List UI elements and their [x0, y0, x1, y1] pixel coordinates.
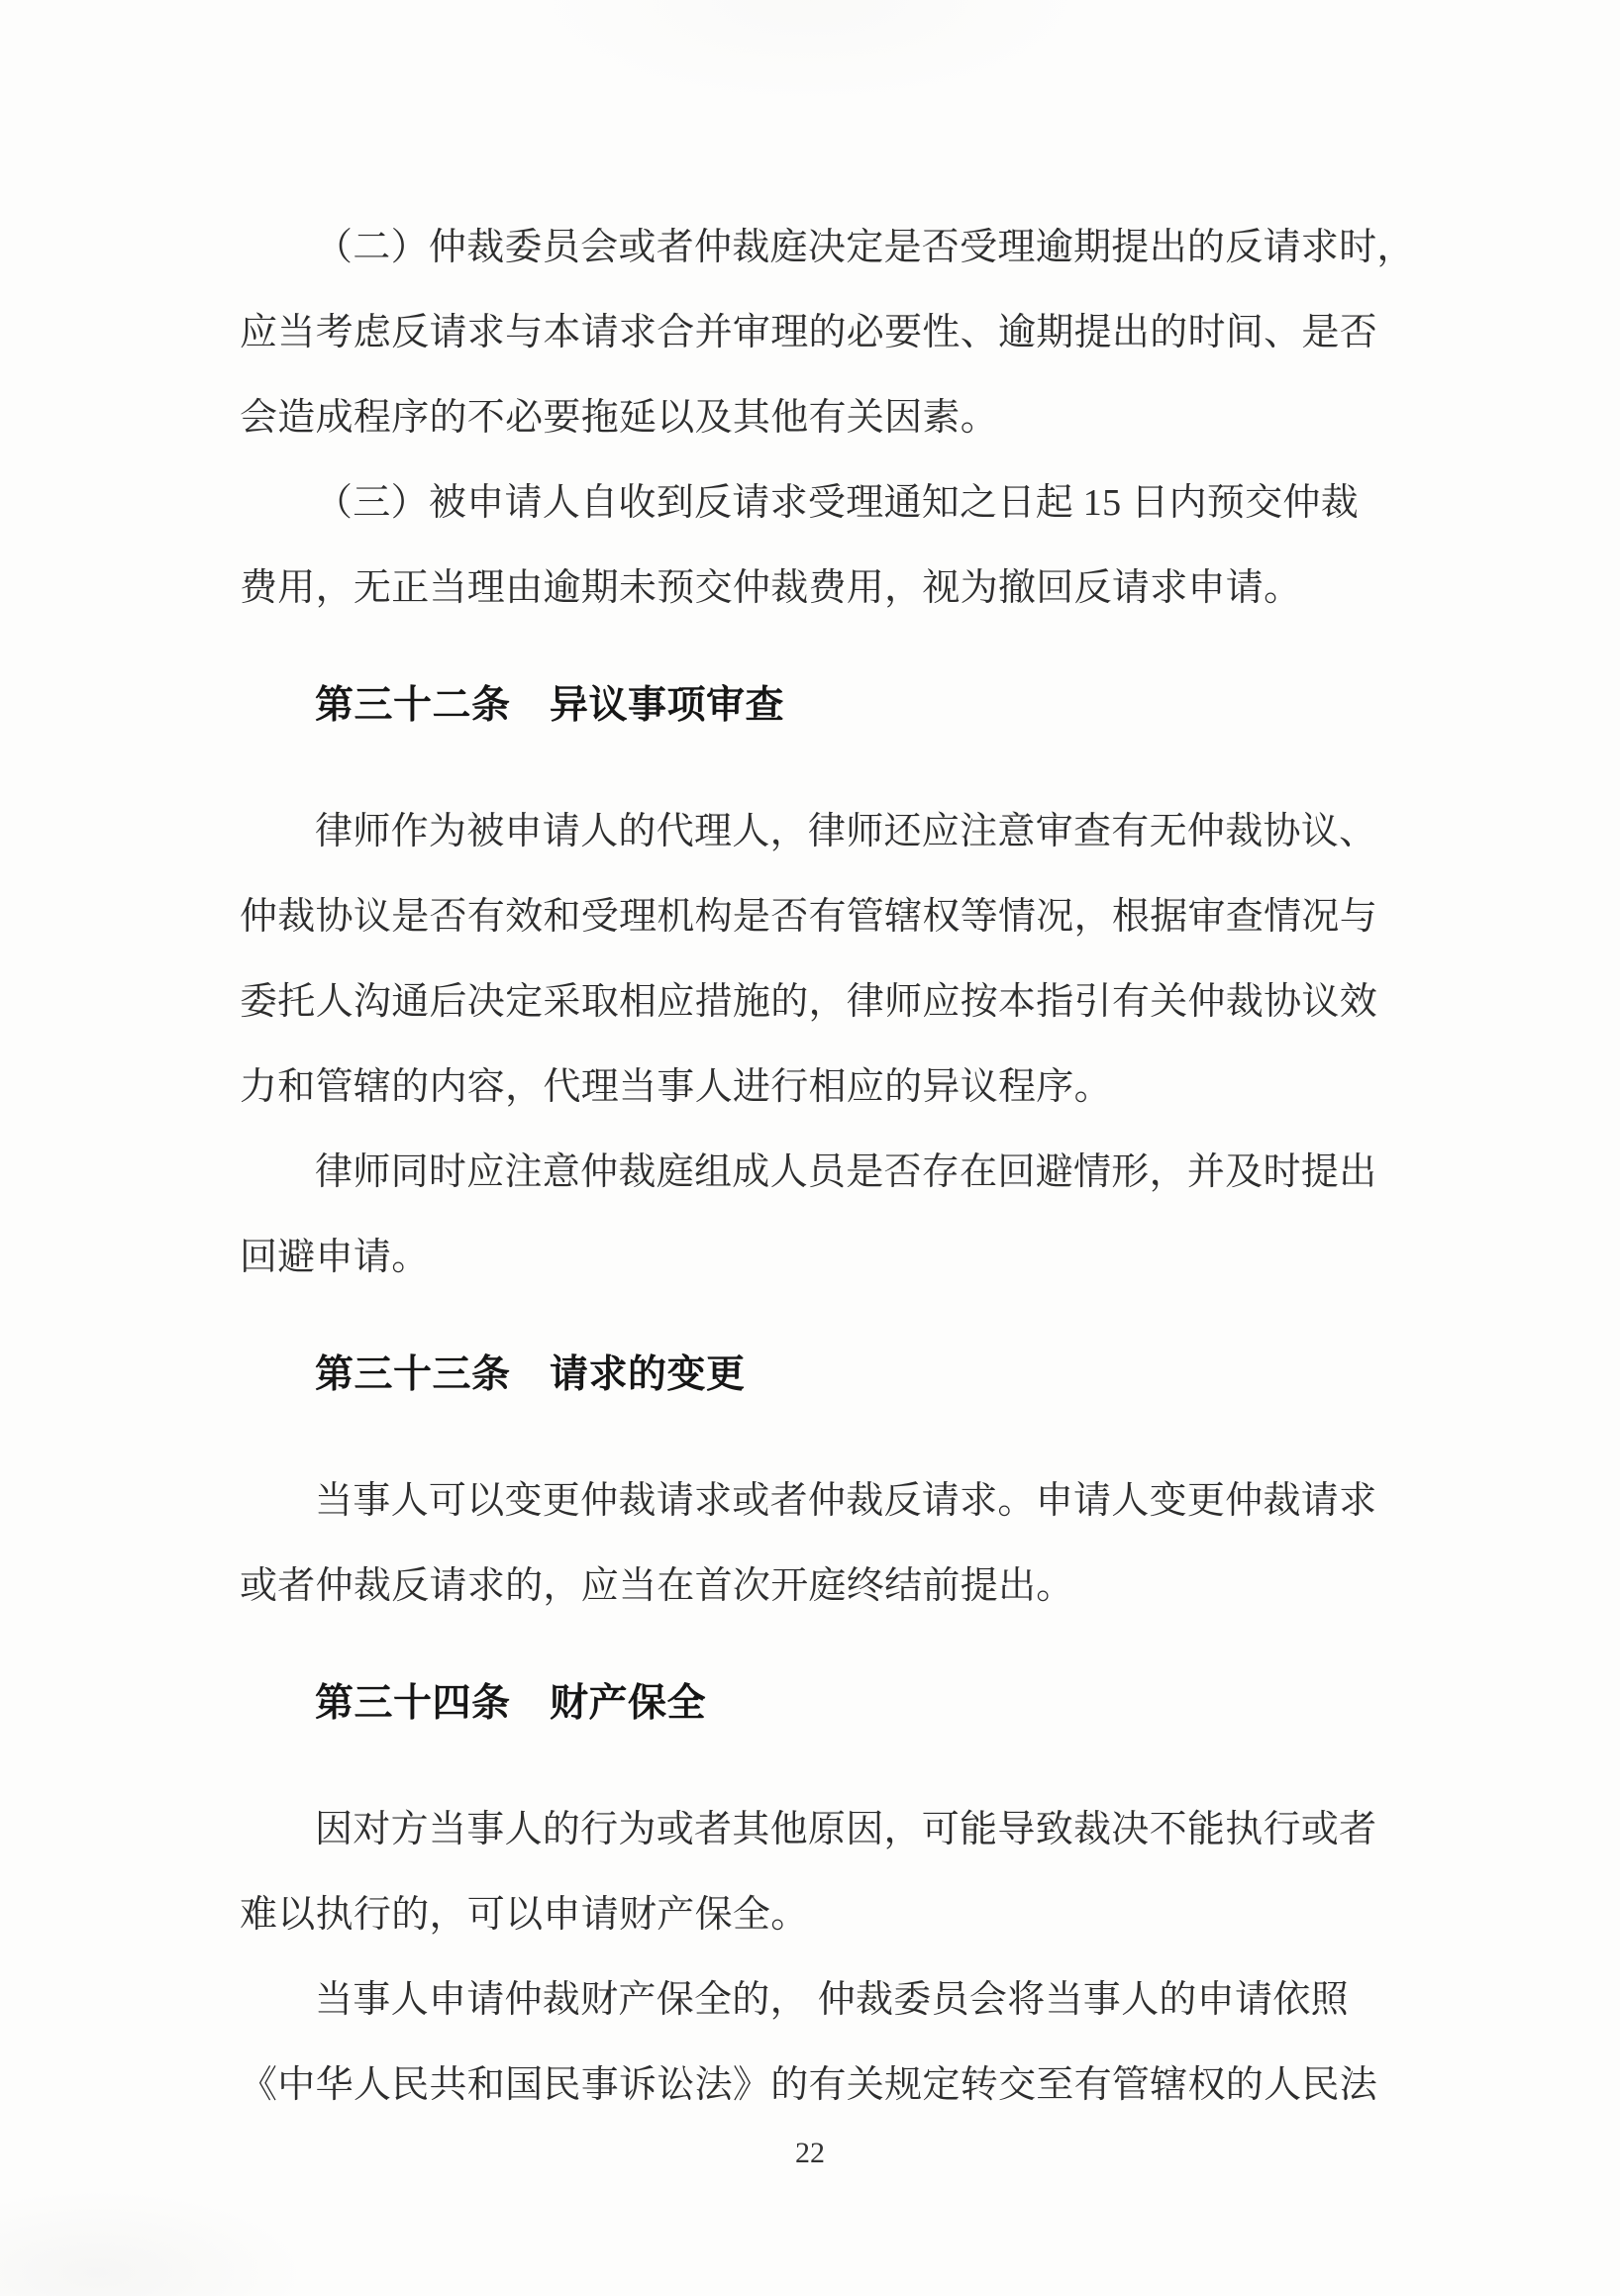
paragraph-line: 《中华人民共和国民事诉讼法》的有关规定转交至有管辖权的人民法 — [240, 2043, 1380, 2128]
paragraph-line: 委托人沟通后决定采取相应措施的，律师应按本指引有关仲裁协议效 — [240, 959, 1380, 1045]
page-number: 22 — [0, 2135, 1620, 2172]
paragraph-line: 回避申请。 — [240, 1215, 1380, 1300]
article-heading: 第三十二条 异议事项审查 — [240, 663, 1380, 749]
paragraph-line: 应当考虑反请求与本请求合并审理的必要性、逾期提出的时间、是否 — [240, 290, 1380, 375]
paragraph-line: 仲裁协议是否有效和受理机构是否有管辖权等情况，根据审查情况与 — [240, 874, 1380, 959]
article-heading: 第三十四条 财产保全 — [240, 1661, 1380, 1747]
paragraph-line: 会造成程序的不必要拖延以及其他有关因素。 — [240, 375, 1380, 460]
paragraph-line: （三）被申请人自收到反请求受理通知之日起 15 日内预交仲裁 — [240, 460, 1380, 546]
paragraph-line: 费用，无正当理由逾期未预交仲裁费用，视为撤回反请求申请。 — [240, 546, 1380, 631]
paragraph-line: 因对方当事人的行为或者其他原因，可能导致裁决不能执行或者 — [240, 1787, 1380, 1872]
article-heading: 第三十三条 请求的变更 — [240, 1333, 1380, 1418]
paragraph-line: 或者仲裁反请求的，应当在首次开庭终结前提出。 — [240, 1544, 1380, 1629]
document-body: （二）仲裁委员会或者仲裁庭决定是否受理逾期提出的反请求时，应当考虑反请求与本请求… — [240, 205, 1380, 2128]
document-page: （二）仲裁委员会或者仲裁庭决定是否受理逾期提出的反请求时，应当考虑反请求与本请求… — [0, 0, 1620, 2296]
paragraph-line: 当事人申请仲裁财产保全的， 仲裁委员会将当事人的申请依照 — [240, 1957, 1380, 2043]
paragraph-line: 律师同时应注意仲裁庭组成人员是否存在回避情形，并及时提出 — [240, 1130, 1380, 1215]
paragraph-line: 律师作为被申请人的代理人，律师还应注意审查有无仲裁协议、 — [240, 789, 1380, 874]
paragraph-line: 当事人可以变更仲裁请求或者仲裁反请求。申请人变更仲裁请求 — [240, 1458, 1380, 1544]
paragraph-line: 难以执行的，可以申请财产保全。 — [240, 1872, 1380, 1957]
paragraph-line: （二）仲裁委员会或者仲裁庭决定是否受理逾期提出的反请求时， — [240, 205, 1380, 290]
paragraph-line: 力和管辖的内容，代理当事人进行相应的异议程序。 — [240, 1045, 1380, 1130]
